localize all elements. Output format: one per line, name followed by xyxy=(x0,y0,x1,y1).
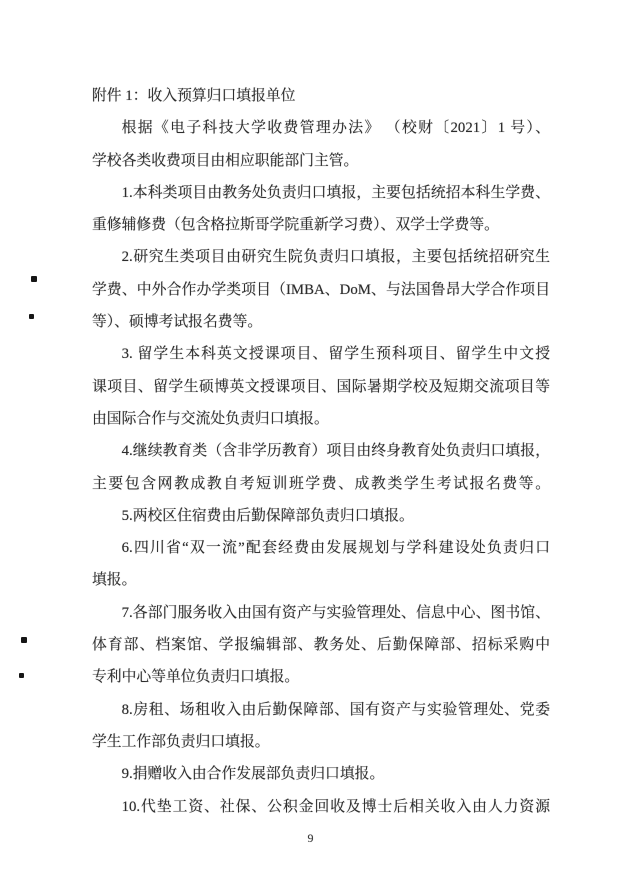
text-line: 专利中心等单位负责归口填报。 xyxy=(92,661,550,693)
text-line: 2.研究生类项目由研究生院负责归口填报，主要包括统招研究生 xyxy=(92,241,550,273)
text-line: 6.四川省“双一流”配套经费由发展规划与学科建设处负责归口 xyxy=(92,532,550,564)
text-line: 主要包含网教成教自考短训班学费、成教类学生考试报名费等。 xyxy=(92,468,550,500)
scan-artifact-dot xyxy=(21,637,27,643)
text-line: 根据《电子科技大学收费管理办法》 （校财〔2021〕1 号）、 xyxy=(92,112,550,144)
text-line: 7.各部门服务收入由国有资产与实验管理处、信息中心、图书馆、 xyxy=(92,597,550,629)
text-line: 4.继续教育类（含非学历教育）项目由终身教育处负责归口填报， xyxy=(92,435,550,467)
document-body: 附件 1：收入预算归口填报单位 根据《电子科技大学收费管理办法》 （校财〔202… xyxy=(92,80,550,823)
scan-artifact-dot xyxy=(29,314,34,319)
attachment-title: 附件 1：收入预算归口填报单位 xyxy=(92,80,550,112)
text-line: 填报。 xyxy=(92,564,550,596)
text-line: 10.代垫工资、社保、公积金回收及博士后相关收入由人力资源 xyxy=(92,791,550,823)
text-line: 1.本科类项目由教务处负责归口填报，主要包括统招本科生学费、 xyxy=(92,177,550,209)
text-line: 体育部、档案馆、学报编辑部、教务处、后勤保障部、招标采购中心、 xyxy=(92,629,550,661)
scan-artifact-dot xyxy=(31,276,37,282)
text-line: 学校各类收费项目由相应职能部门主管。 xyxy=(92,145,550,177)
text-line: 8.房租、场租收入由后勤保障部、国有资产与实验管理处、党委 xyxy=(92,694,550,726)
text-line: 由国际合作与交流处负责归口填报。 xyxy=(92,403,550,435)
text-line: 重修辅修费（包含格拉斯哥学院重新学习费）、双学士学费等。 xyxy=(92,209,550,241)
scan-artifact-dot xyxy=(19,673,24,678)
text-line: 3. 留学生本科英文授课项目、留学生预科项目、留学生中文授 xyxy=(92,338,550,370)
text-line: 等）、硕博考试报名费等。 xyxy=(92,306,550,338)
text-line: 学费、中外合作办学类项目（IMBA、DoM、与法国鲁昂大学合作项目 xyxy=(92,274,550,306)
text-line: 5.两校区住宿费由后勤保障部负责归口填报。 xyxy=(92,500,550,532)
page-number: 9 xyxy=(0,831,621,846)
text-line: 课项目、留学生硕博英文授课项目、国际暑期学校及短期交流项目等 xyxy=(92,371,550,403)
text-line: 学生工作部负责归口填报。 xyxy=(92,726,550,758)
text-line: 9.捐赠收入由合作发展部负责归口填报。 xyxy=(92,758,550,790)
scanned-document-page: 附件 1：收入预算归口填报单位 根据《电子科技大学收费管理办法》 （校财〔202… xyxy=(0,0,621,886)
